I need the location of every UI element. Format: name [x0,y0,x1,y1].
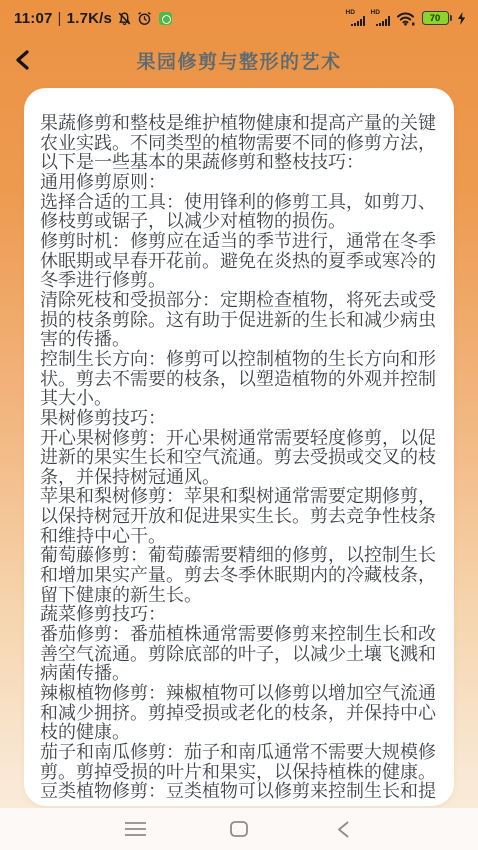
sim2-signal-bars [376,16,390,26]
article-paragraph: 修剪时机：修剪应在适当的季节进行，通常在冬季休眠期或早春开花前。避免在炎热的夏季… [40,232,438,291]
status-separator: | [58,10,62,27]
status-network-speed: 1.7K/s [67,10,112,27]
article-paragraph: 番茄修剪：番茄植株通常需要修剪来控制生长和改善空气流通。剪除底部的叶子，以减少土… [40,625,438,684]
article-paragraph: 清除死枝和受损部分：定期检查植物，将死去或受损的枝条剪除。这有助于促进新的生长和… [40,291,438,350]
article-paragraph: 控制生长方向：修剪可以控制植物的生长方向和形状。剪去不需要的枝条，以塑造植物的外… [40,350,438,409]
battery-percent: 70 [430,13,441,24]
battery-nub [450,15,453,21]
article-paragraph: 辣椒植物修剪：辣椒植物可以修剪以增加空气流通和减少拥挤。剪掉受损或老化的枝条，并… [40,684,438,743]
article-paragraph: 蔬菜修剪技巧： [40,605,438,625]
nav-home-button[interactable] [225,819,253,839]
app-header: 果园修剪与整形的艺术 [0,32,478,88]
notification-app-icon [159,12,172,25]
article-paragraph: 开心果树修剪：开心果树通常需要轻度修剪，以促进新的果实生长和空气流通。剪去受损或… [40,429,438,488]
status-bar-left: 11:07 | 1.7K/s [14,10,172,27]
status-bar: 11:07 | 1.7K/s [0,0,478,32]
charging-bolt-icon [457,12,466,25]
article-paragraph: 选择合适的工具：使用锋利的修剪工具，如剪刀、修枝剪或锯子，以减少对植物的损伤。 [40,193,438,232]
back-button[interactable] [14,48,38,72]
wifi-icon [396,11,415,26]
battery-icon: 70 [422,11,453,25]
sim2-signal-icon: HD [371,10,391,26]
sim1-signal-bars [351,16,365,26]
article-card: 果蔬修剪和整枝是维护植物健康和提高产量的关键农业实践。不同类型的植物需要不同的修… [24,88,454,806]
alarm-clock-icon [137,11,152,26]
article-body: 果蔬修剪和整枝是维护植物健康和提高产量的关键农业实践。不同类型的植物需要不同的修… [40,114,438,802]
nav-menu-button[interactable] [121,819,149,839]
system-nav-bar [0,808,478,850]
article-paragraph: 苹果和梨树修剪：苹果和梨树通常需要定期修剪，以保持树冠开放和促进果实生长。剪去竞… [40,487,438,546]
article-paragraph: 通用修剪原则： [40,173,438,193]
phone-screen: 11:07 | 1.7K/s [0,0,478,850]
article-paragraph: 葡萄藤修剪：葡萄藤需要精细的修剪，以控制生长和增加果实产量。剪去冬季休眠期内的冷… [40,546,438,605]
article-paragraph: 豆类植物修剪：豆类植物可以修剪来控制生长和提 [40,782,438,802]
page-title: 果园修剪与整形的艺术 [136,47,341,74]
article-paragraph: 果树修剪技巧： [40,409,438,429]
article-paragraph: 茄子和南瓜修剪：茄子和南瓜通常不需要大规模修剪。剪掉受损的叶片和果实，以保持植株… [40,743,438,782]
status-bar-right: HD HD [346,10,467,26]
status-time: 11:07 [14,10,53,27]
sim1-signal-icon: HD [346,10,366,26]
nav-back-button[interactable] [329,819,357,839]
battery-body: 70 [422,11,449,25]
mute-bell-icon [117,11,132,26]
article-paragraph: 果蔬修剪和整枝是维护植物健康和提高产量的关键农业实践。不同类型的植物需要不同的修… [40,114,438,173]
